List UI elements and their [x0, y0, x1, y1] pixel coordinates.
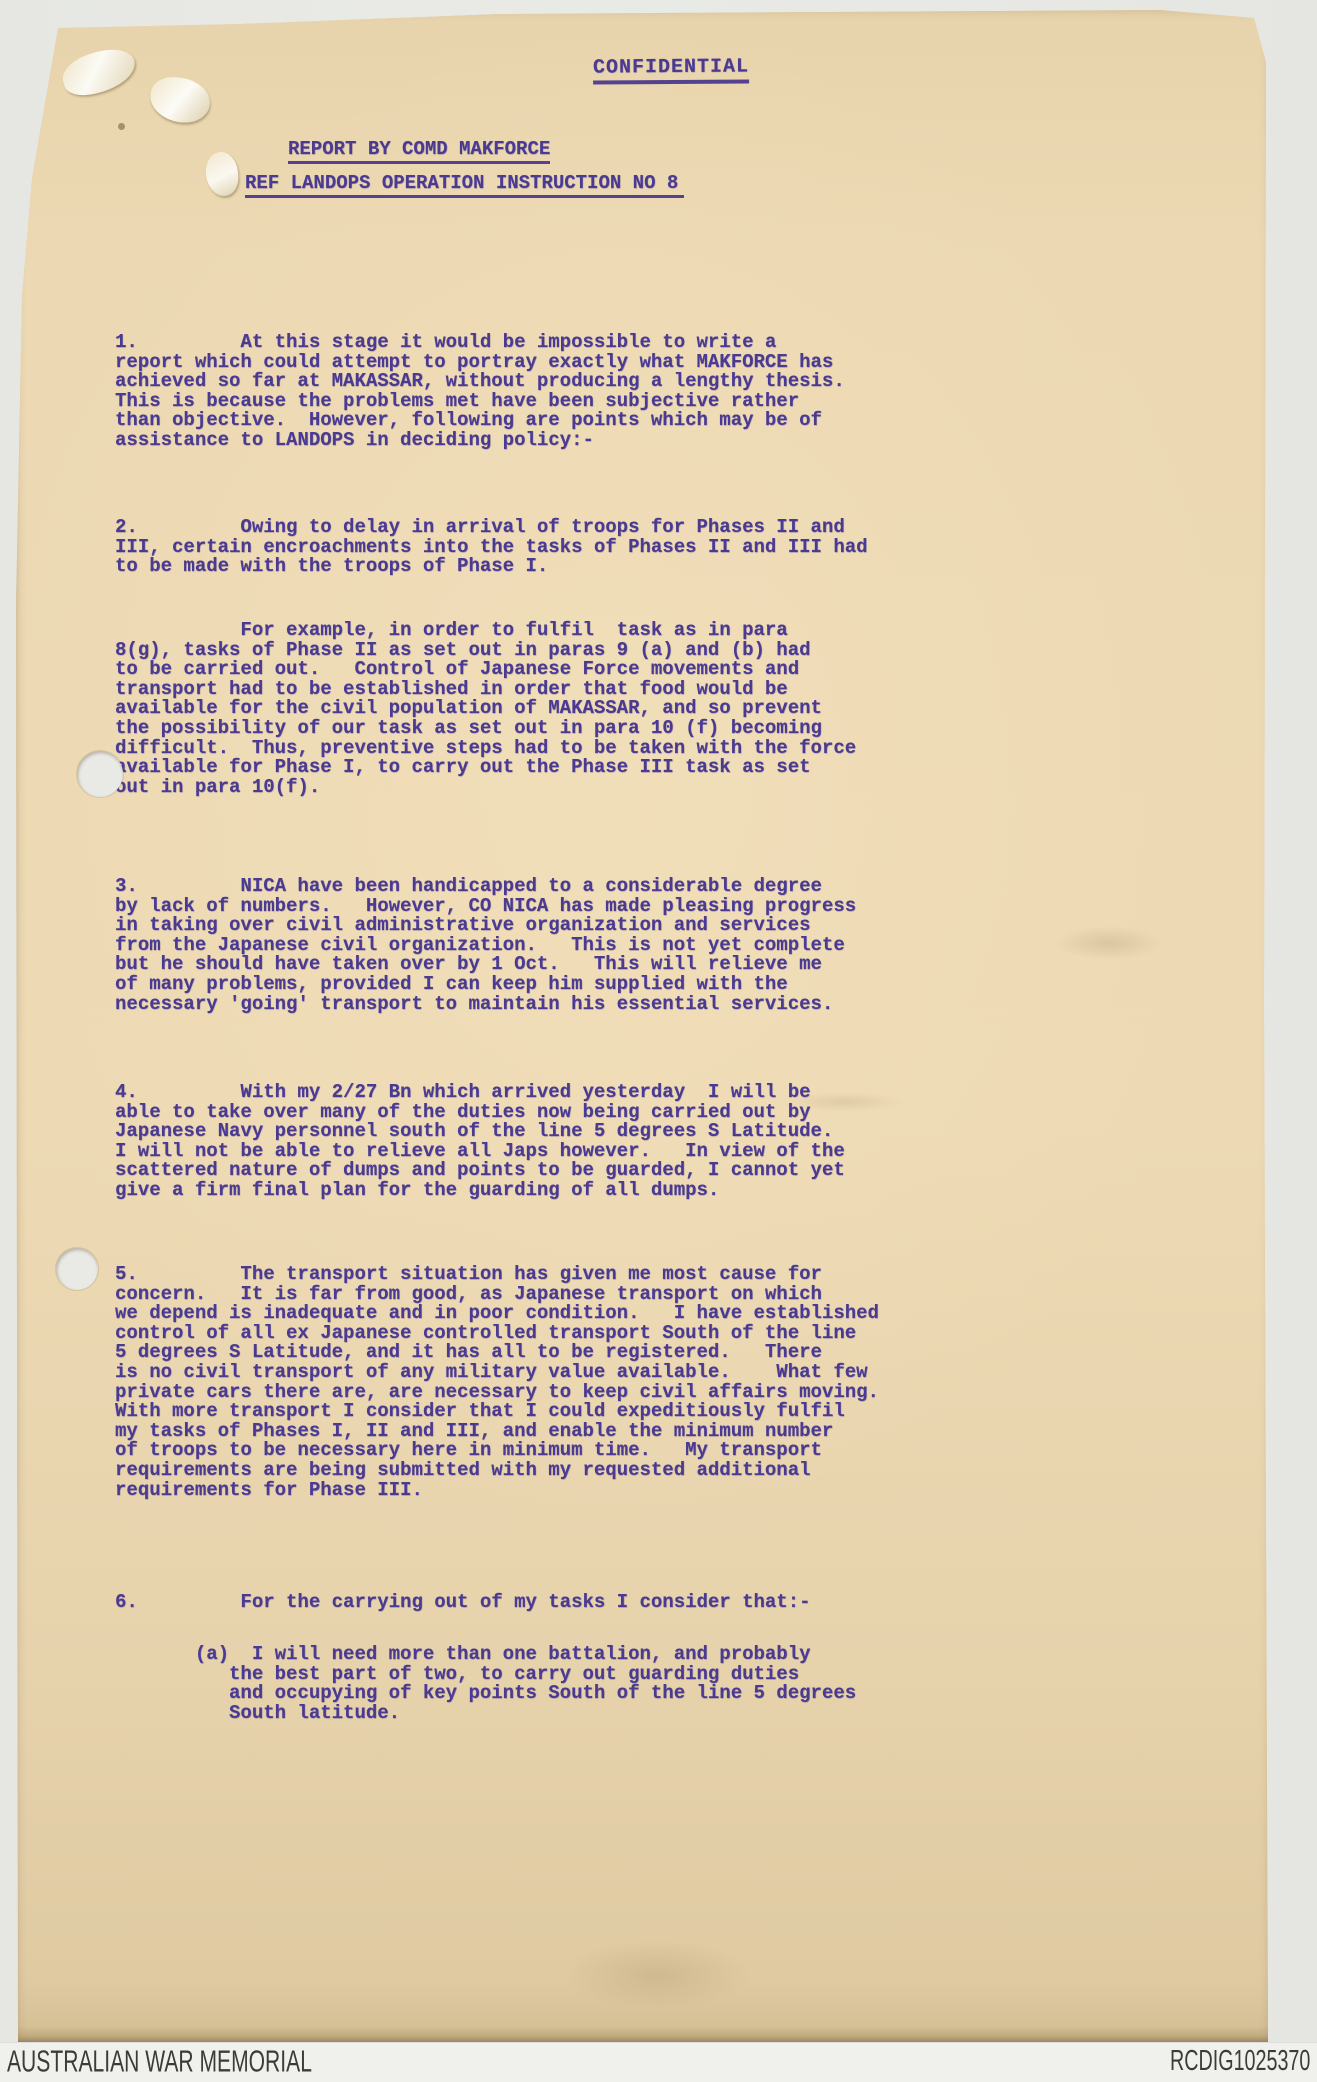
torn-corner-damage: [58, 44, 139, 101]
paragraph-6: 6. For the carrying out of my tasks I co…: [115, 1593, 811, 1613]
paragraph-6a: (a) I will need more than one battalion,…: [115, 1645, 856, 1723]
torn-corner-damage: [204, 150, 240, 197]
confidential-stamp: CONFIDENTIAL: [593, 55, 749, 84]
punch-hole: [56, 1248, 98, 1290]
paragraph-5: 5. The transport situation has given me …: [115, 1265, 879, 1500]
archive-footer-bar: AUSTRALIAN WAR MEMORIAL RCDIG1025370: [0, 2042, 1317, 2082]
scanned-document-page: CONFIDENTIAL REPORT BY COMD MAKFORCE REF…: [0, 0, 1317, 2082]
punch-hole: [77, 751, 123, 797]
paper-sheet: [14, 6, 1270, 2042]
paragraph-1: 1. At this stage it would be impossible …: [115, 333, 845, 451]
record-id-label: RCDIG1025370: [1170, 2045, 1310, 2078]
paper-stain: [1054, 926, 1164, 960]
report-title: REPORT BY COMD MAKFORCE: [288, 138, 550, 164]
torn-corner-damage: [147, 74, 213, 127]
ink-speck: [118, 123, 125, 130]
paragraph-2: 2. Owing to delay in arrival of troops f…: [115, 518, 868, 577]
archive-name-label: AUSTRALIAN WAR MEMORIAL: [7, 2043, 312, 2079]
paper-stain: [562, 1940, 752, 2010]
paragraph-2-example: For example, in order to fulfil task as …: [115, 621, 856, 797]
paragraph-4: 4. With my 2/27 Bn which arrived yesterd…: [115, 1083, 845, 1201]
report-subtitle: REF LANDOPS OPERATION INSTRUCTION NO 8: [245, 172, 684, 198]
paragraph-3: 3. NICA have been handicapped to a consi…: [115, 877, 856, 1014]
